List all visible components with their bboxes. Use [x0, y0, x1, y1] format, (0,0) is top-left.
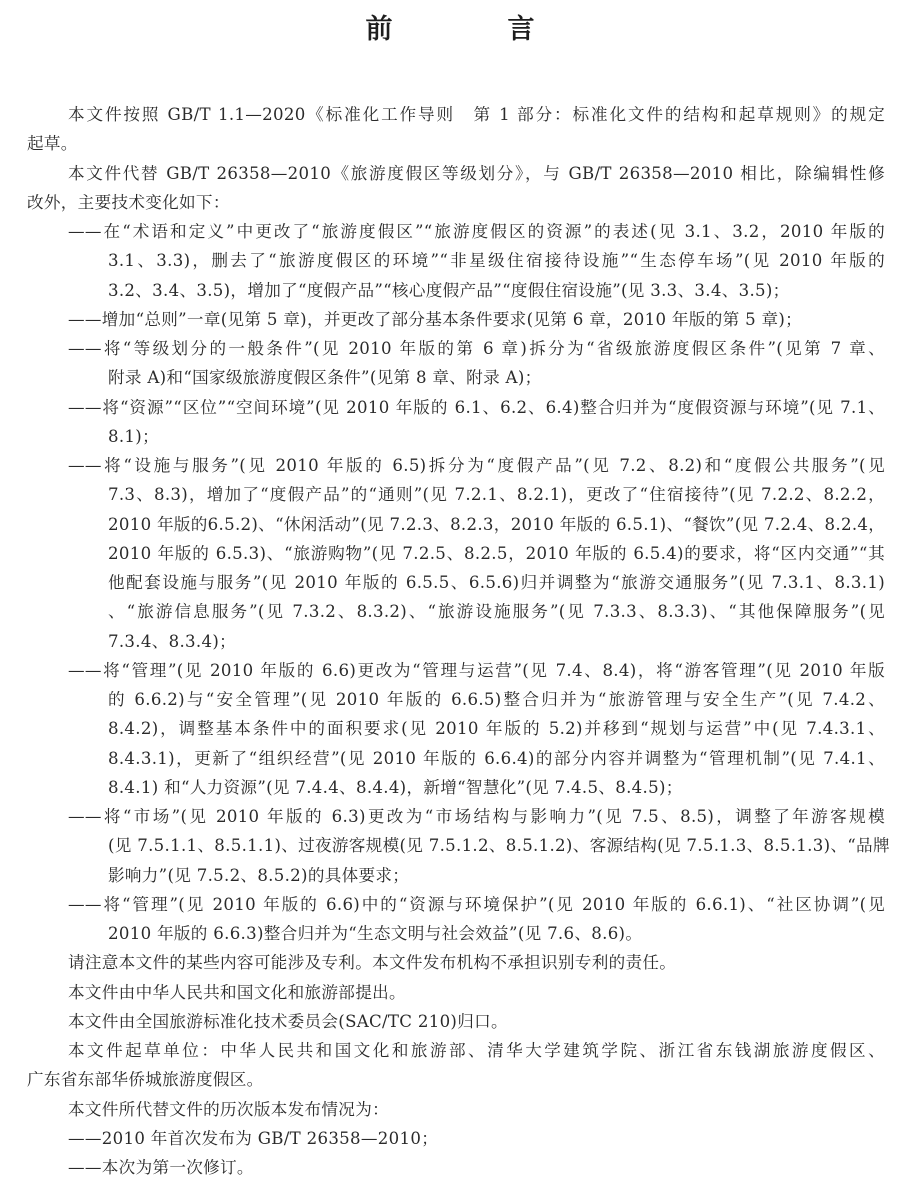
- text-line: 8.4.1) 和“人力资源”(见 7.4.4、8.4.4)，新增“智慧化”(见 …: [108, 773, 683, 802]
- text-line: 2010 年版的6.5.2)、“休闲活动”(见 7.2.3、8.2.3，2010…: [108, 510, 885, 539]
- text-line: 的 6.6.2)与“安全管理”(见 2010 年版的 6.6.5)整合归并为“旅…: [108, 685, 885, 714]
- text-line: 本文件代替 GB/T 26358—2010《旅游度假区等级划分》，与 GB/T …: [68, 159, 885, 188]
- text-line: ——将“管理”(见 2010 年版的 6.6)更改为“管理与运营”(见 7.4、…: [68, 656, 885, 685]
- text-line: ——本次为第一次修订。: [68, 1153, 254, 1182]
- text-line: ——2010 年首次发布为 GB/T 26358—2010；: [68, 1124, 438, 1153]
- text-line: 起草。: [27, 129, 78, 158]
- text-line: 本文件所代替文件的历次版本发布情况为：: [68, 1095, 389, 1124]
- text-line: 3.2、3.4、3.5)，增加了“度假产品”“核心度假产品”“度假住宿设施”(见…: [108, 276, 790, 305]
- text-line: 2010 年版的 6.6.3)整合归并为“生态文明与社会效益”(见 7.6、8.…: [108, 919, 642, 948]
- text-line: 8.4.3.1)，更新了“组织经营”(见 2010 年版的 6.6.4)的部分内…: [108, 744, 885, 773]
- text-line: 8.1)；: [108, 422, 159, 451]
- text-line: 2010 年版的 6.5.3)、“旅游购物”(见 7.2.5、8.2.5，201…: [108, 539, 885, 568]
- text-line: ——在“术语和定义”中更改了“旅游度假区”“旅游度假区的资源”的表述(见 3.1…: [68, 217, 885, 246]
- text-line: 广东省东部华侨城旅游度假区。: [27, 1065, 264, 1094]
- text-line: 本文件按照 GB/T 1.1—2020《标准化工作导则 第 1 部分：标准化文件…: [68, 100, 885, 129]
- text-line: 3.1、3.3)，删去了“旅游度假区的环境”“非星级住宿接待设施”“生态停车场”…: [108, 246, 885, 275]
- text-line: 7.3、8.3)，增加了“度假产品”的“通则”(见 7.2.1、8.2.1)，更…: [108, 480, 885, 509]
- text-line: 8.4.2)，调整基本条件中的面积要求(见 2010 年版的 5.2)并移到“规…: [108, 714, 885, 743]
- text-line: 本文件由中华人民共和国文化和旅游部提出。: [68, 978, 406, 1007]
- text-line: ——将“管理”(见 2010 年版的 6.6)中的“资源与环境保护”(见 201…: [68, 890, 885, 919]
- text-line: 请注意本文件的某些内容可能涉及专利。本文件发布机构不承担识别专利的责任。: [68, 948, 676, 977]
- page-title: 前 言: [0, 12, 900, 48]
- text-line: 、“旅游信息服务”(见 7.3.2、8.3.2)、“旅游设施服务”(见 7.3.…: [108, 597, 885, 626]
- text-line: ——增加“总则”一章(见第 5 章)，并更改了部分基本条件要求(见第 6 章，2…: [68, 305, 802, 334]
- text-line: 本文件起草单位：中华人民共和国文化和旅游部、清华大学建筑学院、浙江省东钱湖旅游度…: [68, 1036, 885, 1065]
- text-line: (见 7.5.1.1、8.5.1.1)、过夜游客规模(见 7.5.1.2、8.5…: [108, 831, 885, 860]
- text-line: 改外，主要技术变化如下：: [27, 188, 230, 217]
- text-line: 本文件由全国旅游标准化技术委员会(SAC/TC 210)归口。: [68, 1007, 508, 1036]
- text-line: ——将“等级划分的一般条件”(见 2010 年版的第 6 章)拆分为“省级旅游度…: [68, 334, 885, 363]
- text-line: 影响力”(见 7.5.2、8.5.2)的具体要求；: [108, 861, 409, 890]
- text-line: ——将“资源”“区位”“空间环境”(见 2010 年版的 6.1、6.2、6.4…: [68, 393, 885, 422]
- text-line: 他配套设施与服务”(见 2010 年版的 6.5.5、6.5.6)归并调整为“旅…: [108, 568, 885, 597]
- text-line: 7.3.4、8.3.4)；: [108, 627, 236, 656]
- text-line: ——将“市场”(见 2010 年版的 6.3)更改为“市场结构与影响力”(见 7…: [68, 802, 885, 831]
- text-line: 附录 A)和“国家级旅游度假区条件”(见第 8 章、附录 A)；: [108, 363, 541, 392]
- text-line: ——将“设施与服务”(见 2010 年版的 6.5)拆分为“度假产品”(见 7.…: [68, 451, 885, 480]
